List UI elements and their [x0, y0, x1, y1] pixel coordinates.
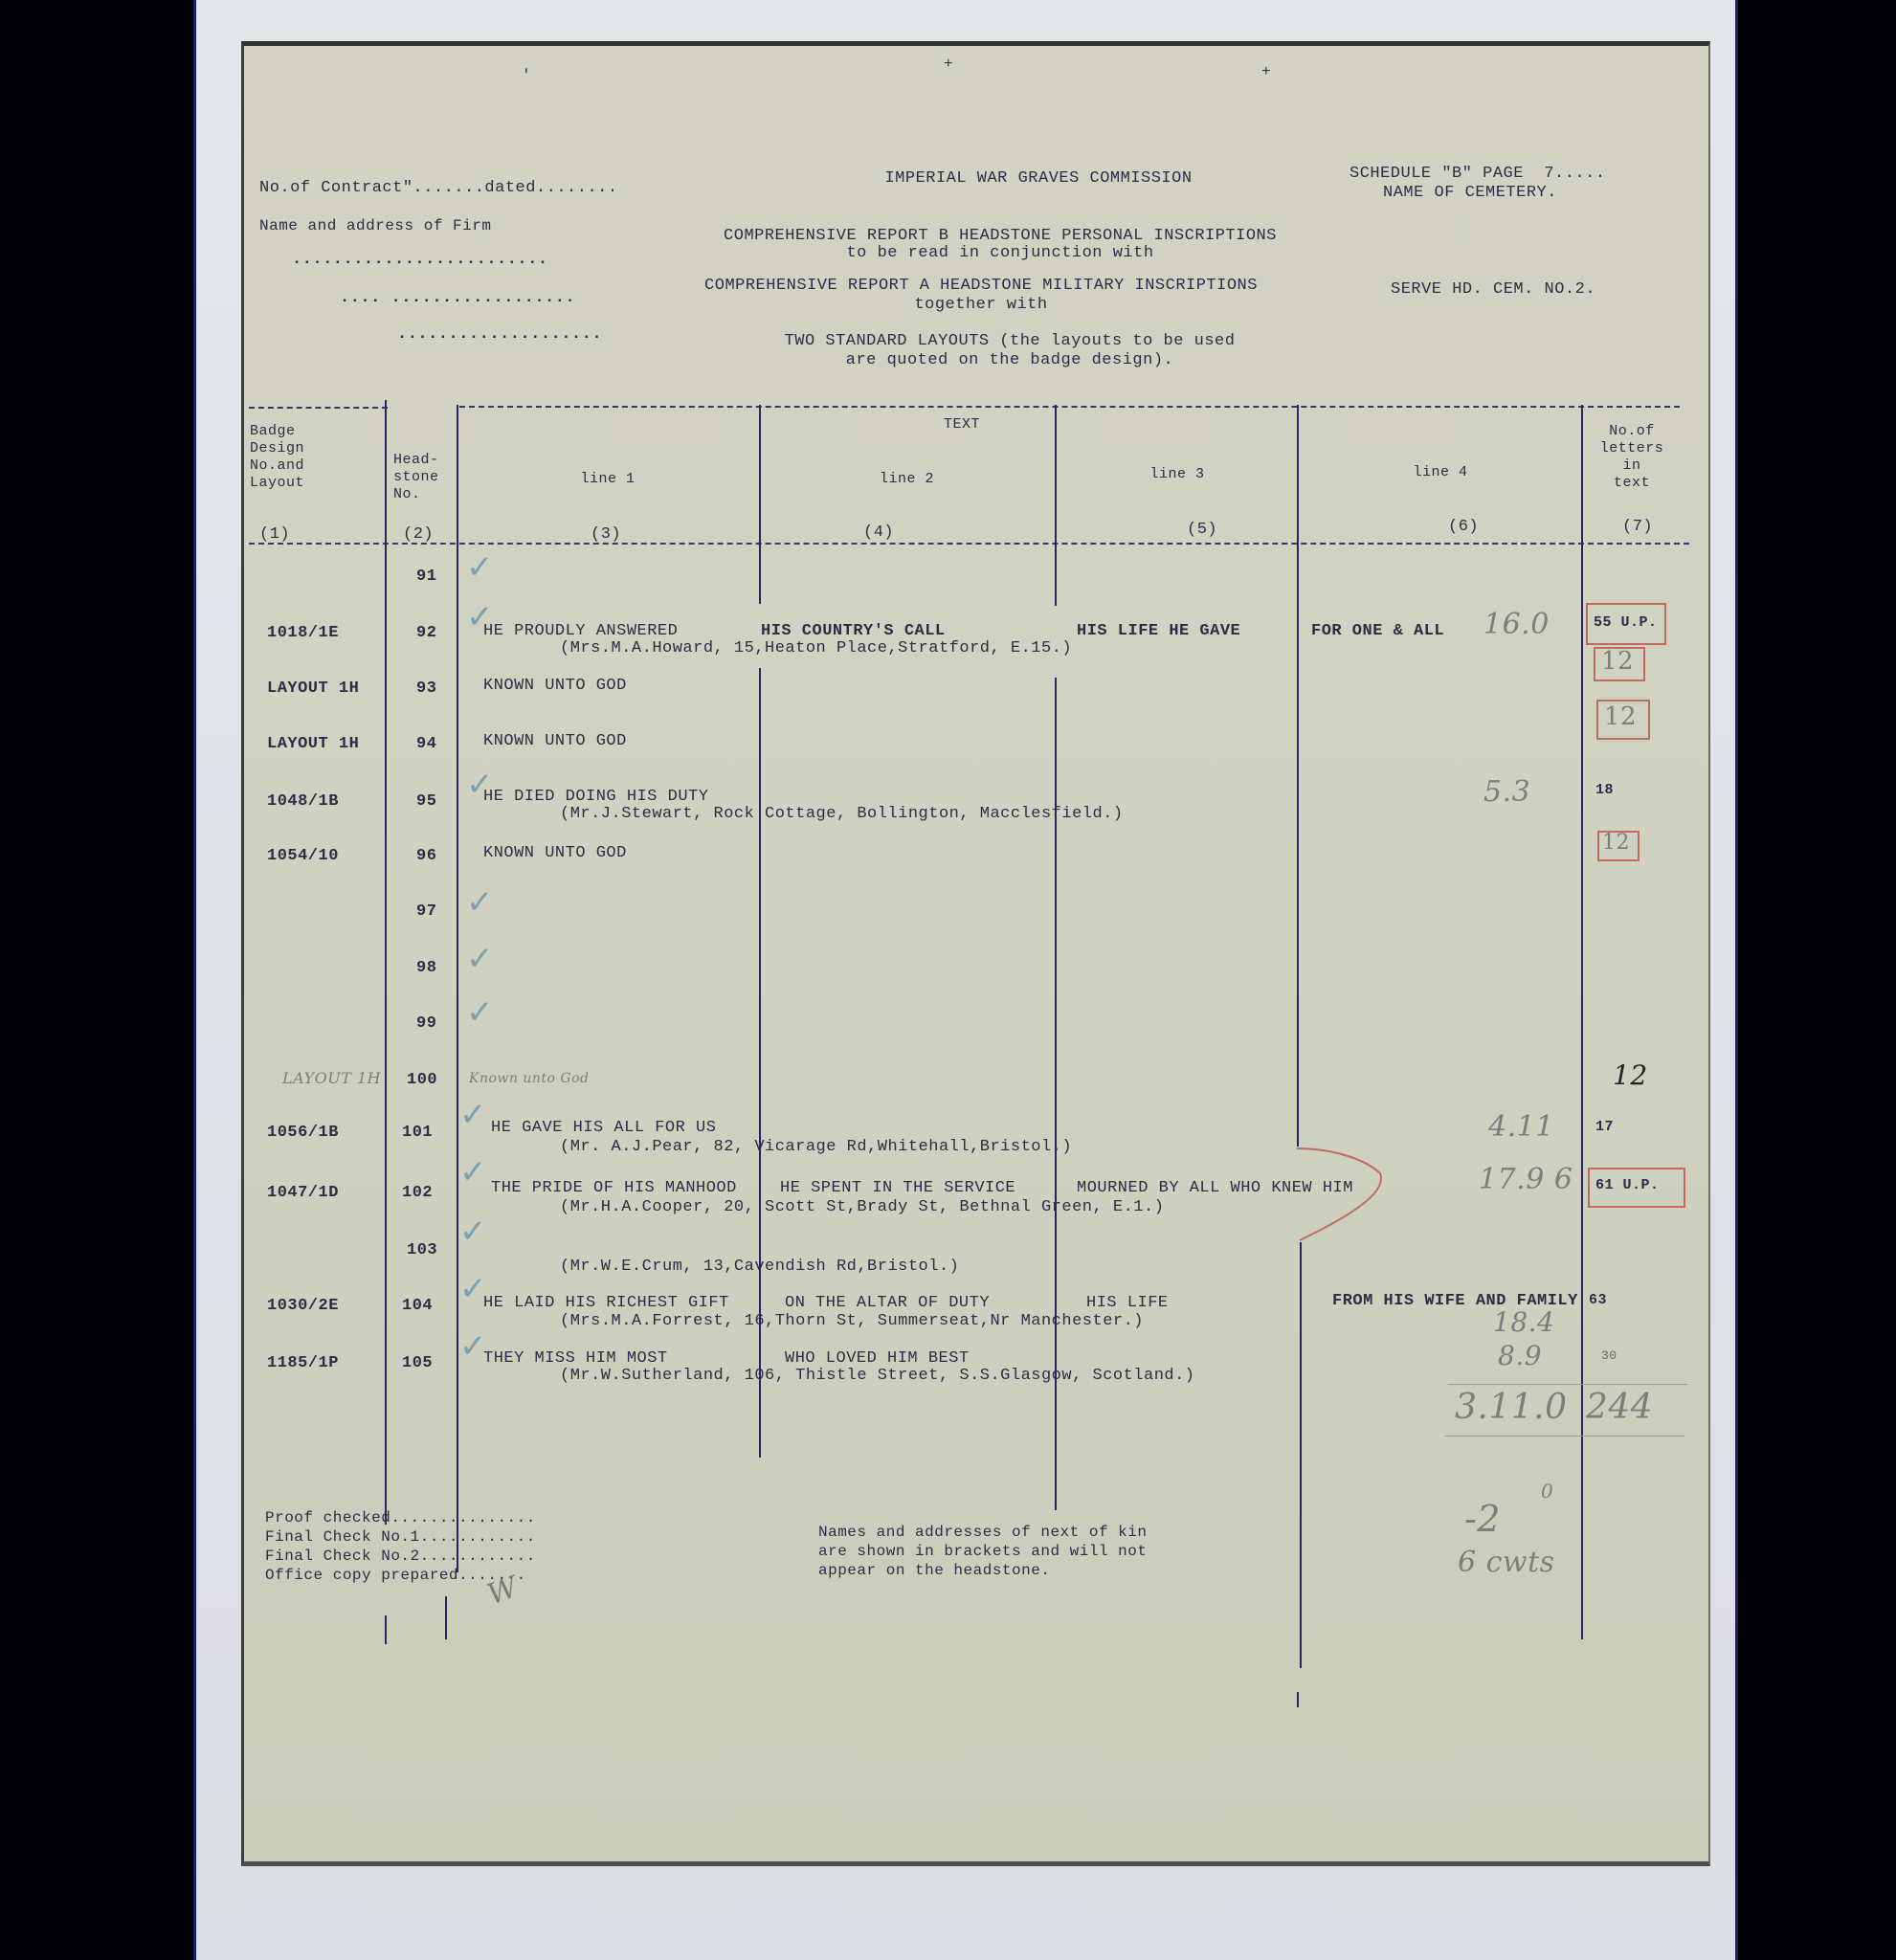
badge-no-handwritten: LAYOUT 1H	[282, 1071, 381, 1086]
pencil-note: 8.9	[1498, 1343, 1542, 1370]
together-text: together with	[646, 297, 1316, 313]
column-rule-3b	[759, 668, 761, 1458]
col-header-badge: Badge Design No.and Layout	[250, 423, 304, 492]
inscription-line2: ON THE ALTAR OF DUTY	[785, 1295, 990, 1311]
letter-count: 30	[1601, 1349, 1617, 1362]
headstone-no: 94	[416, 736, 436, 752]
tick-rule	[1297, 1692, 1299, 1707]
col-num-2: (2)	[403, 526, 434, 543]
badge-no: LAYOUT 1H	[267, 736, 359, 752]
inscription-line1: THEY MISS HIM MOST	[483, 1350, 668, 1367]
check-mark-icon: ✓	[459, 1156, 487, 1189]
header-top-rule	[459, 406, 1680, 410]
headstone-no: 101	[402, 1125, 433, 1141]
badge-no: 1056/1B	[267, 1125, 339, 1141]
pencil-total: 3.11.0	[1455, 1391, 1568, 1425]
header-bottom-rule	[249, 543, 1689, 546]
badge-no: 1185/1P	[267, 1355, 339, 1371]
inscription-line3: HIS LIFE HE GAVE	[1077, 623, 1240, 639]
inscription-line1: KNOWN UNTO GOD	[483, 845, 627, 861]
col-header-letters: No.of letters in text	[1584, 423, 1680, 492]
column-rule-4b	[1055, 678, 1057, 1510]
pencil-note: 18.4	[1493, 1309, 1554, 1336]
letter-count: 12	[1602, 833, 1630, 854]
inscription-line1: HE PROUDLY ANSWERED	[483, 623, 678, 639]
footer-note-3: appear on the headstone.	[818, 1563, 1050, 1578]
badge-no: LAYOUT 1H	[267, 680, 359, 697]
inscription-line3: MOURNED BY ALL WHO KNEW HIM	[1077, 1180, 1353, 1196]
col-header-line3: line 3	[1058, 467, 1297, 481]
inscription-line1: HE GAVE HIS ALL FOR US	[491, 1120, 716, 1136]
proof-checked: Proof checked...............	[265, 1510, 536, 1526]
pencil-note: 16.0	[1483, 611, 1550, 639]
inscription-line3: HIS LIFE	[1086, 1295, 1169, 1311]
letter-count: 17	[1595, 1120, 1614, 1134]
col-num-6: (6)	[1448, 519, 1479, 535]
column-rule-2	[457, 405, 458, 1572]
pencil-note: 4.11	[1488, 1113, 1554, 1142]
column-rule-4	[1055, 405, 1057, 606]
inscription-line1: KNOWN UNTO GOD	[483, 678, 627, 694]
letter-count: 12	[1613, 1062, 1648, 1089]
next-of-kin-address: (Mr. A.J.Pear, 82, Vicarage Rd,Whitehall…	[560, 1139, 1072, 1155]
inscription-line1: HE DIED DOING HIS DUTY	[483, 789, 708, 805]
col-num-4: (4)	[863, 524, 894, 541]
report-b-title: COMPREHENSIVE REPORT B HEADSTONE PERSONA…	[665, 228, 1335, 244]
headstone-no: 91	[416, 568, 436, 585]
column-rule-6	[1581, 405, 1583, 1639]
tick-rule	[385, 1615, 387, 1644]
headstone-no: 97	[416, 903, 436, 920]
inscription-line1: KNOWN UNTO GOD	[483, 733, 627, 749]
letters-total: 244	[1586, 1391, 1653, 1425]
headstone-no: 103	[407, 1242, 437, 1258]
firm-dots-2: .... ..................	[340, 290, 575, 306]
next-of-kin-address: (Mr.J.Stewart, Rock Cottage, Bollington,…	[560, 806, 1124, 822]
inscription-line2: WHO LOVED HIM BEST	[785, 1350, 970, 1367]
check-mark-icon: ✓	[466, 886, 494, 919]
check-mark-icon: ✓	[466, 996, 494, 1029]
cemetery-label: NAME OF CEMETERY.	[1383, 185, 1557, 201]
headstone-no: 92	[416, 625, 436, 641]
red-bracket-annotation	[1292, 1145, 1397, 1250]
check-mark-icon: ✓	[459, 1099, 487, 1131]
pencil-note: 5.3	[1483, 778, 1530, 807]
col-num-3: (3)	[591, 526, 621, 543]
footer-note-1: Names and addresses of next of kin	[818, 1525, 1147, 1540]
inscription-line4: FOR ONE & ALL	[1311, 623, 1444, 639]
inscription-line1-handwritten: Known unto God	[469, 1072, 589, 1085]
pencil-note: 17.9 6	[1479, 1166, 1573, 1194]
check-mark-icon: ✓	[459, 1215, 487, 1248]
letter-count: 63	[1589, 1293, 1607, 1307]
firm-label: Name and address of Firm	[259, 218, 491, 234]
inscription-line1: HE LAID HIS RICHEST GIFT	[483, 1295, 729, 1311]
column-rule-5	[1297, 405, 1299, 1147]
document-page: ' + + No.of Contract".......dated.......…	[241, 41, 1710, 1866]
col-header-line1: line 1	[464, 472, 751, 486]
total-rule-top	[1448, 1384, 1687, 1385]
headstone-no: 93	[416, 680, 436, 697]
pencil-note-minus: -2	[1464, 1501, 1501, 1537]
headstone-no: 104	[402, 1298, 433, 1314]
footer-note-2: are shown in brackets and will not	[818, 1544, 1147, 1559]
layouts-text-1: TWO STANDARD LAYOUTS (the layouts to be …	[675, 333, 1345, 349]
badge-no: 1047/1D	[267, 1185, 339, 1201]
layouts-text-2: are quoted on the badge design).	[675, 352, 1345, 368]
column-rule-1	[385, 400, 387, 1525]
badge-no: 1030/2E	[267, 1298, 339, 1314]
letter-count: 18	[1595, 783, 1614, 797]
serve-ref: SERVE HD. CEM. NO.2.	[1391, 281, 1595, 298]
headstone-no: 95	[416, 793, 436, 810]
next-of-kin-address: (Mr.W.E.Crum, 13,Cavendish Rd,Bristol.)	[560, 1258, 959, 1275]
badge-no: 1018/1E	[267, 625, 339, 641]
firm-dots-3: ....................	[397, 326, 602, 343]
total-rule-bottom	[1445, 1436, 1684, 1437]
col-header-line4: line 4	[1302, 465, 1579, 479]
col-header-headstone: Head- stone No.	[393, 452, 439, 503]
col-num-1: (1)	[259, 526, 290, 543]
column-rule-3	[759, 405, 761, 604]
inscription-line2: HIS COUNTRY'S CALL	[761, 623, 946, 639]
final-check-1: Final Check No.1............	[265, 1529, 536, 1545]
header-top-rule	[249, 407, 388, 411]
pencil-note-cwts: 6 cwts	[1458, 1548, 1555, 1577]
column-rule-5b	[1300, 1242, 1302, 1668]
text-group-label: TEXT	[914, 417, 1010, 432]
headstone-no: 100	[407, 1072, 437, 1088]
letter-count: 12	[1604, 704, 1637, 729]
check-mark-icon: ✓	[466, 943, 494, 975]
next-of-kin-address: (Mrs.M.A.Forrest, 16,Thorn St, Summersea…	[560, 1313, 1144, 1329]
commission-title: IMPERIAL WAR GRAVES COMMISSION	[847, 170, 1230, 187]
headstone-no: 105	[402, 1355, 433, 1371]
badge-no: 1048/1B	[267, 793, 339, 810]
headstone-no: 99	[416, 1015, 436, 1032]
final-check-2: Final Check No.2............	[265, 1548, 536, 1564]
conjunction-text: to be read in conjunction with	[665, 245, 1335, 261]
letter-count: 55 U.P.	[1594, 615, 1658, 630]
next-of-kin-address: (Mr.H.A.Cooper, 20, Scott St,Brady St, B…	[560, 1199, 1164, 1215]
badge-no: 1054/10	[267, 848, 339, 864]
col-header-line2: line 2	[761, 472, 1053, 486]
col-num-7: (7)	[1622, 519, 1653, 535]
inscription-line2: HE SPENT IN THE SERVICE	[780, 1180, 1015, 1196]
contract-line: No.of Contract".......dated........	[259, 180, 618, 196]
check-mark-icon: ✓	[466, 551, 494, 584]
headstone-no: 98	[416, 960, 436, 976]
registration-mark: '	[522, 67, 531, 84]
report-a-title: COMPREHENSIVE REPORT A HEADSTONE MILITAR…	[646, 278, 1316, 294]
headstone-no: 96	[416, 848, 436, 864]
firm-dots-1: .........................	[292, 252, 548, 268]
letter-count: 61 U.P.	[1595, 1178, 1660, 1192]
letter-count: 12	[1601, 649, 1634, 674]
next-of-kin-address: (Mrs.M.A.Howard, 15,Heaton Place,Stratfo…	[560, 640, 1072, 657]
inscription-line1: THE PRIDE OF HIS MANHOOD	[491, 1180, 737, 1196]
registration-mark: +	[944, 56, 953, 73]
registration-mark: +	[1261, 63, 1271, 80]
pencil-note-sup: 0	[1541, 1481, 1553, 1501]
headstone-no: 102	[402, 1185, 433, 1201]
next-of-kin-address: (Mr.W.Sutherland, 106, Thistle Street, S…	[560, 1368, 1195, 1384]
col-num-5: (5)	[1187, 522, 1217, 538]
schedule-page: SCHEDULE "B" PAGE 7.....	[1350, 166, 1606, 182]
tick-rule	[445, 1596, 447, 1639]
